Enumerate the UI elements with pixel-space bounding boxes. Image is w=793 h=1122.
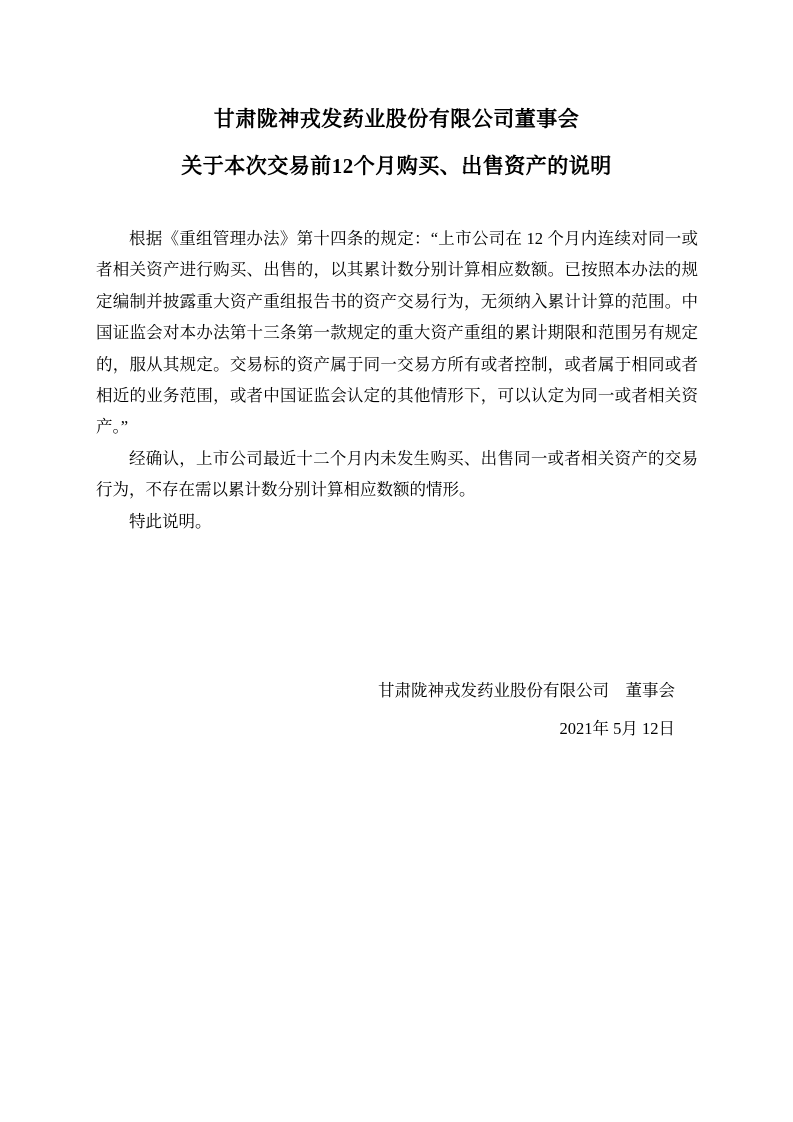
paragraph-closing-statement: 特此说明。 — [96, 506, 698, 537]
signature-block: 甘肃陇神戎发药业股份有限公司 董事会 2021年 5月 12日 — [0, 672, 675, 747]
document-title-block: 甘肃陇神戎发药业股份有限公司董事会 关于本次交易前12个月购买、出售资产的说明 — [0, 96, 793, 190]
document-title-line-2: 关于本次交易前12个月购买、出售资产的说明 — [0, 143, 793, 190]
paragraph-confirmation: 经确认，上市公司最近十二个月内未发生购买、出售同一或者相关资产的交易行为，不存在… — [96, 443, 698, 506]
document-page: 甘肃陇神戎发药业股份有限公司董事会 关于本次交易前12个月购买、出售资产的说明 … — [0, 0, 793, 1122]
signature-date: 2021年 5月 12日 — [0, 710, 675, 748]
document-body: 根据《重组管理办法》第十四条的规定：“上市公司在 12 个月内连续对同一或者相关… — [96, 223, 698, 537]
signature-company: 甘肃陇神戎发药业股份有限公司 董事会 — [0, 672, 675, 710]
paragraph-regulation-quote: 根据《重组管理办法》第十四条的规定：“上市公司在 12 个月内连续对同一或者相关… — [96, 223, 698, 443]
document-title-line-1: 甘肃陇神戎发药业股份有限公司董事会 — [0, 96, 793, 143]
